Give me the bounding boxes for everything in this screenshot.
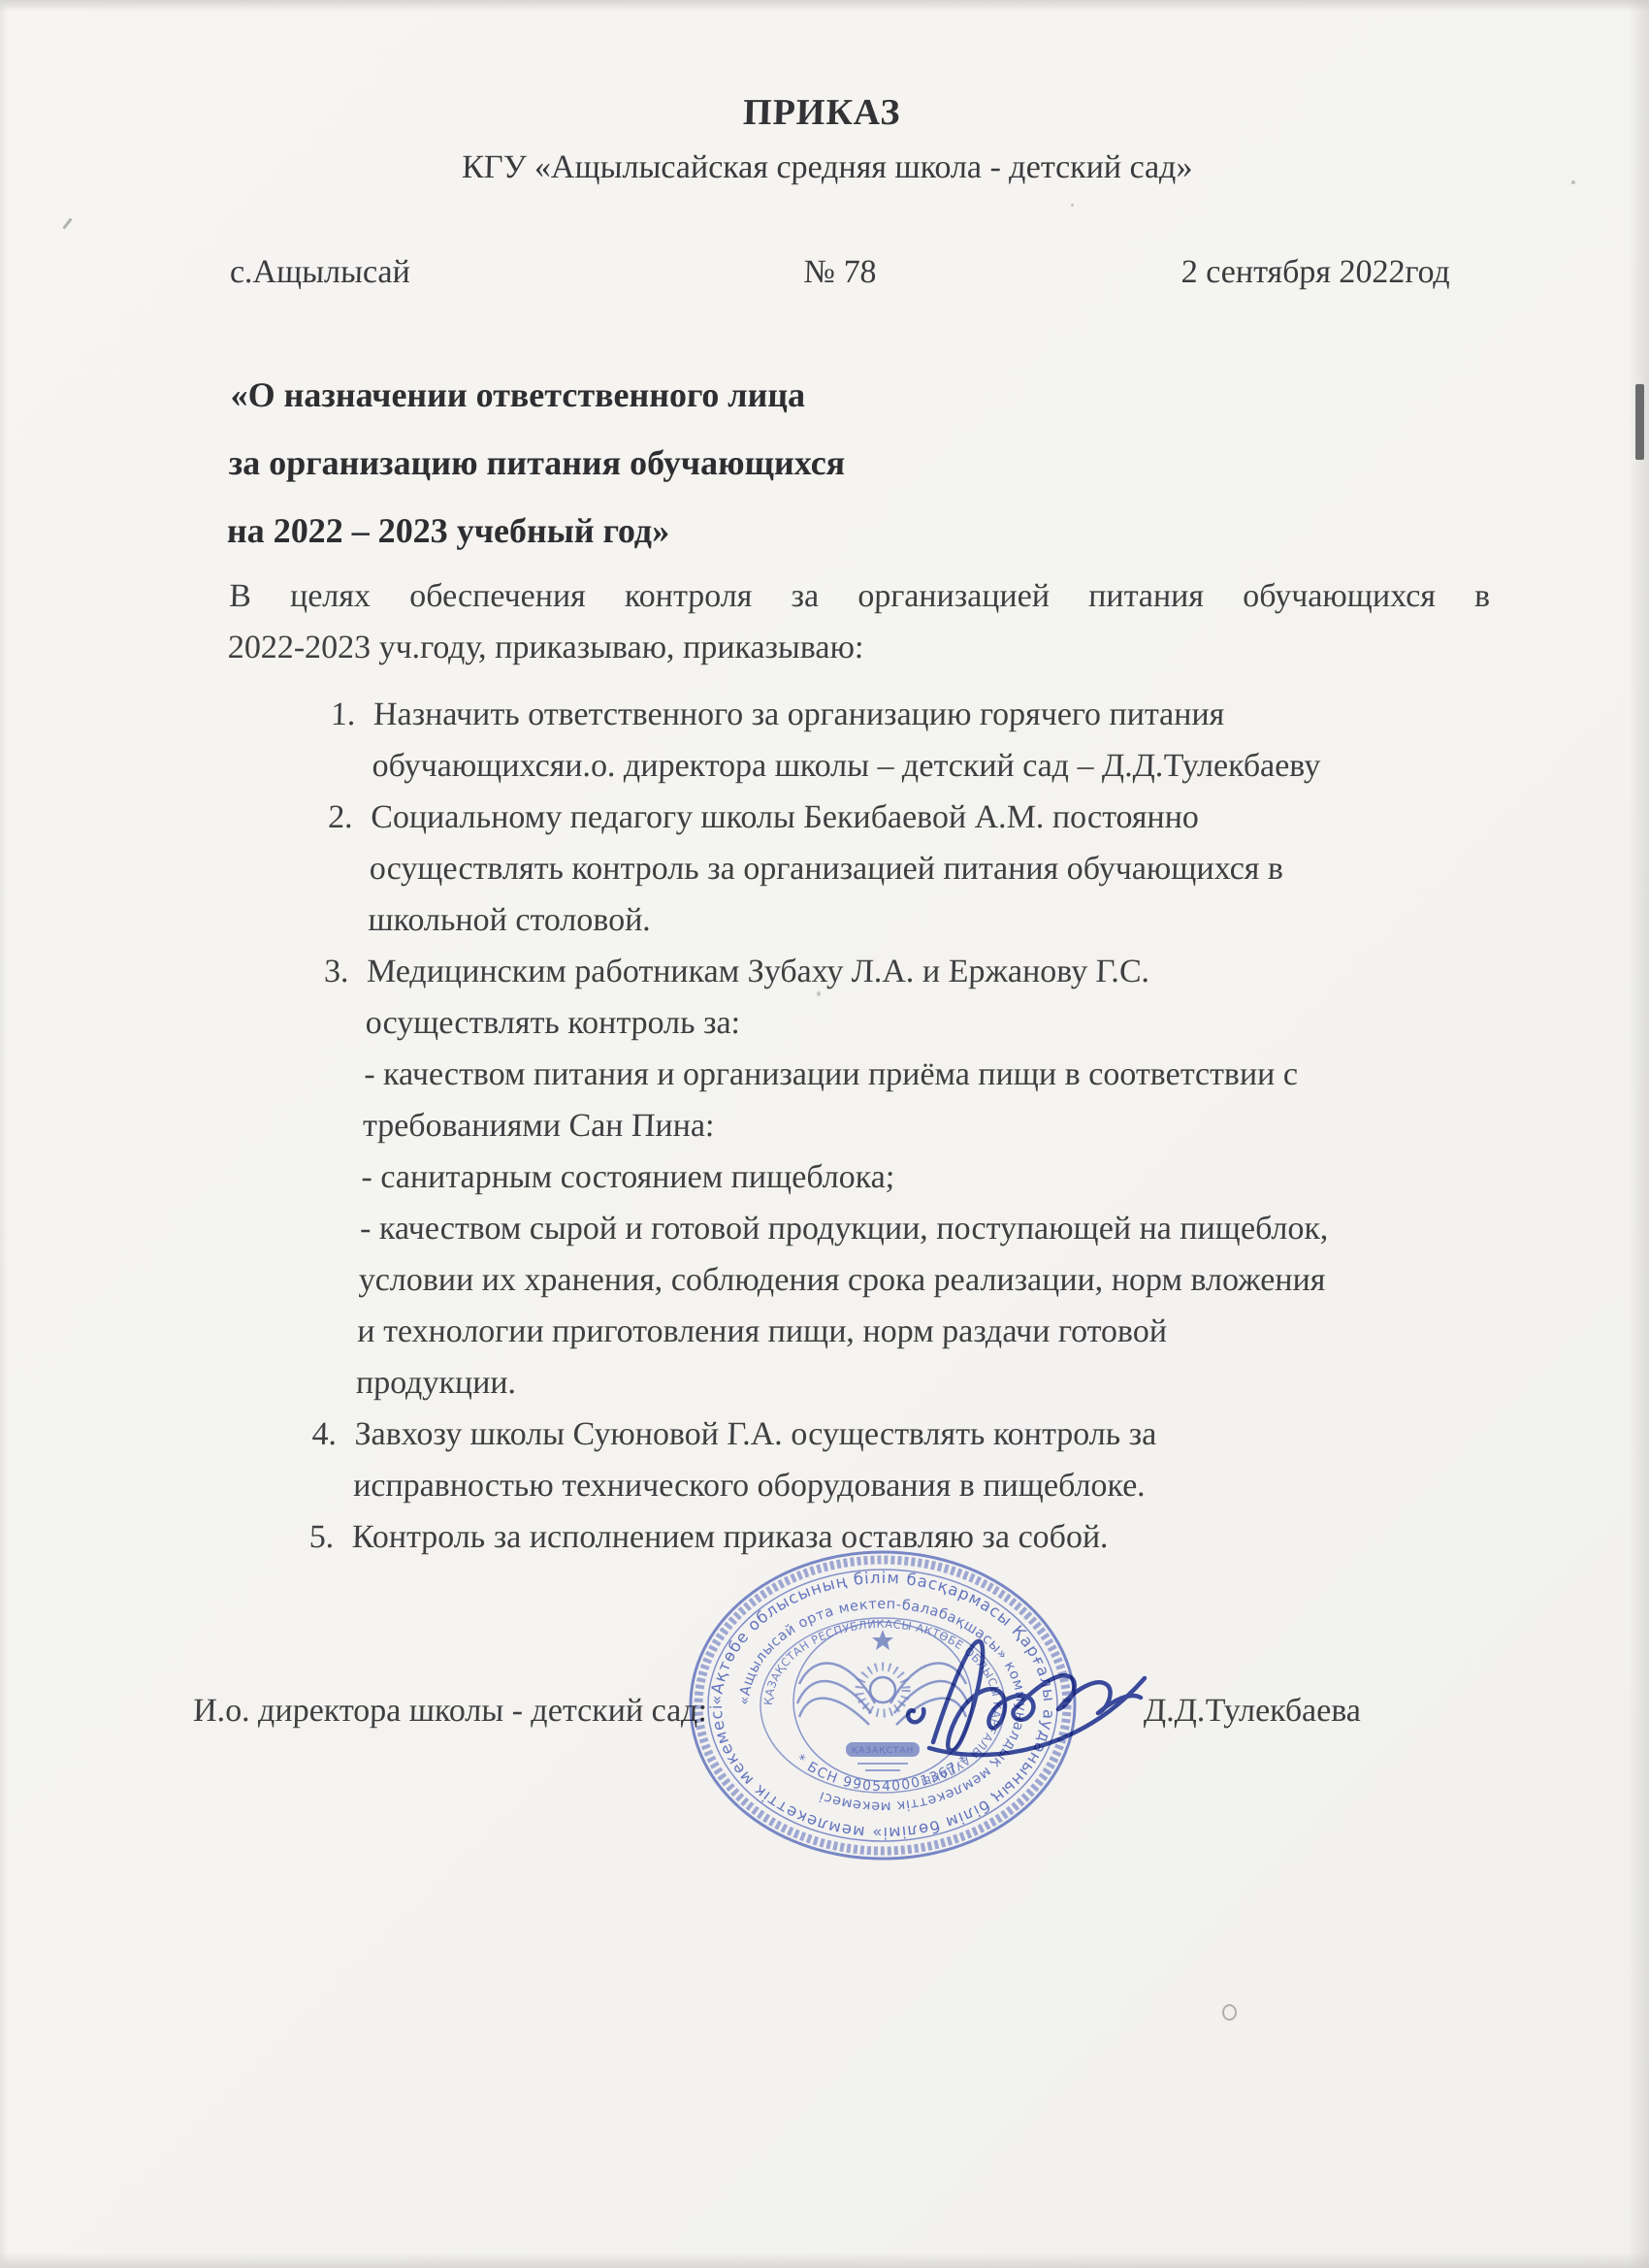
order-number: № 78 <box>636 254 1044 291</box>
item-line: - качеством сырой и готовой продукции, п… <box>359 1203 1473 1254</box>
item-line: условии их хранения, соблюдения срока ре… <box>358 1254 1472 1306</box>
order-meta-row: с.Ащылысай № 78 2 сентября 2022год <box>230 254 1451 291</box>
item-line: осуществлять контроль за: <box>365 997 1479 1049</box>
item-line: Социальному педагогу школы Бекибаевой А.… <box>371 792 1485 843</box>
item-line: школьной столовой. <box>368 894 1482 946</box>
scan-artifact <box>1635 384 1644 460</box>
order-item-2: 2. Социальному педагогу школы Бекибаевой… <box>224 792 1485 946</box>
star-icon <box>872 1630 893 1650</box>
order-subject: «О назначении ответственного лица за орг… <box>226 361 1298 565</box>
item-line: Завхозу школы Суюновой Г.А. осуществлять… <box>354 1409 1469 1460</box>
order-title: ПРИКАЗ <box>240 91 1405 134</box>
order-intro: В целях обеспечения контроля за организа… <box>227 570 1491 673</box>
item-number: 5. <box>308 1511 335 1563</box>
scanned-order-document: { "colors":{"paper":"#f5f4f1","ink":"#3f… <box>0 0 1649 2268</box>
scan-edge-right <box>1628 0 1649 2268</box>
item-line: обучающихсяи.о. директора школы – детски… <box>372 740 1486 792</box>
order-items: 1. Назначить ответственного за организац… <box>208 689 1488 1563</box>
subject-line: на 2022 – 2023 учебный год» <box>226 497 1295 565</box>
scan-artifact <box>1571 180 1575 184</box>
item-line: Медицинским работникам Зубаху Л.А. и Ерж… <box>366 946 1480 997</box>
intro-line: 2022-2023 уч.году, приказываю, приказыва… <box>227 622 1489 673</box>
item-number: 4. <box>311 1409 338 1460</box>
organization-name: КГУ «Ащылысайская средняя школа - детски… <box>238 149 1416 186</box>
scan-artifact <box>62 217 72 229</box>
subject-line: «О назначении ответственного лица <box>230 361 1299 429</box>
item-line: исправностью технического оборудования в… <box>353 1460 1468 1511</box>
item-number: 2. <box>328 792 354 843</box>
scan-edge-left <box>0 0 8 2268</box>
item-line: - качеством питания и организации приёма… <box>364 1049 1478 1100</box>
order-item-1: 1. Назначить ответственного за организац… <box>228 689 1488 792</box>
order-place: с.Ащылысай <box>230 254 637 291</box>
signature-label: И.о. директора школы - детский сад: <box>193 1693 708 1730</box>
item-line: требованиями Сан Пина: <box>362 1100 1476 1151</box>
item-line: осуществлять контроль за организацией пи… <box>369 843 1483 894</box>
intro-line: В целях обеспечения контроля за организа… <box>229 570 1491 622</box>
item-line: и технологии приготовления пищи, норм ра… <box>357 1306 1471 1357</box>
order-item-4: 4. Завхозу школы Суюновой Г.А. осуществл… <box>210 1409 1470 1511</box>
signatory-name: Д.Д.Тулекбаева <box>1144 1693 1362 1730</box>
item-line: продукции. <box>355 1357 1470 1409</box>
subject-line: за организацию питания обучающихся <box>228 429 1297 497</box>
item-line: - санитарным состоянием пищеблока; <box>361 1151 1475 1203</box>
signature-ink <box>900 1618 1172 1764</box>
item-number: 1. <box>330 689 356 740</box>
order-item-3: 3. Медицинским работникам Зубаху Л.А. и … <box>211 946 1480 1409</box>
item-line: Назначить ответственного за организацию … <box>372 689 1487 740</box>
item-number: 3. <box>323 946 349 997</box>
scan-edge-bottom <box>0 2252 1649 2268</box>
scan-edge-top <box>0 0 1649 12</box>
order-date: 2 сентября 2022год <box>1043 254 1450 291</box>
